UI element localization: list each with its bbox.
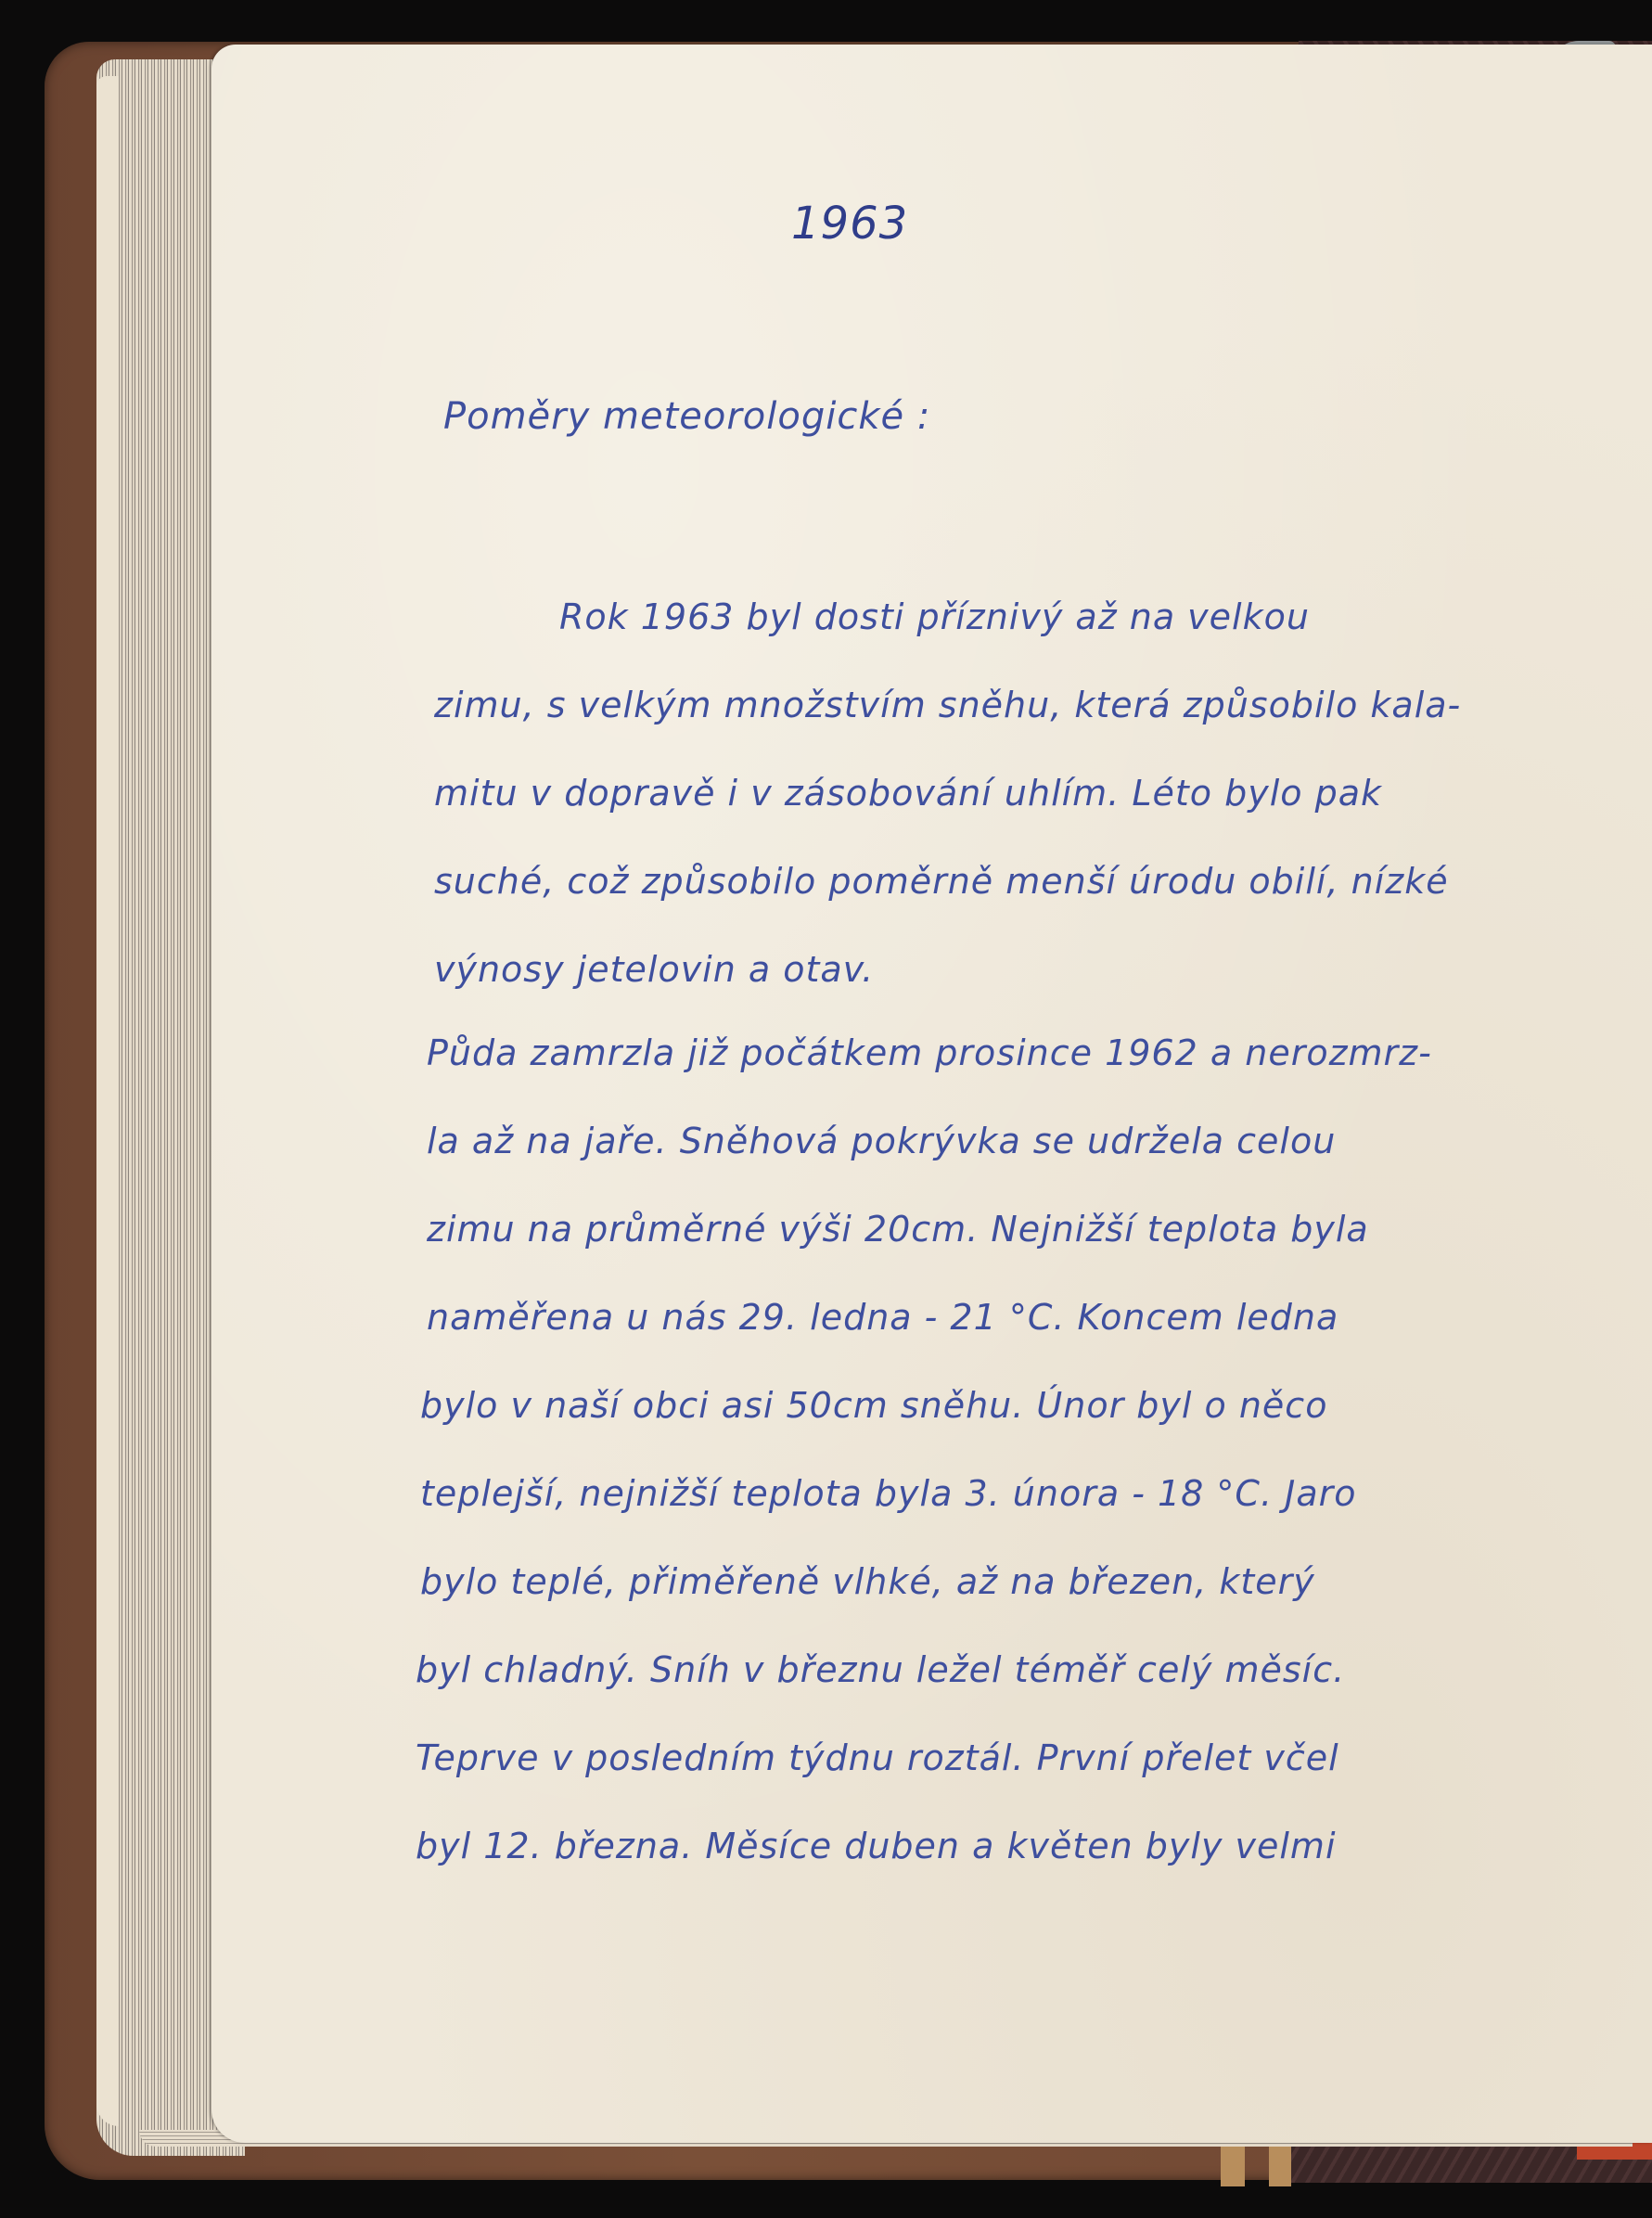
text-line: výnosy jetelovin a otav. — [434, 949, 874, 990]
text-line: la až na jaře. Sněhová pokrývka se udrže… — [427, 1121, 1336, 1161]
text-line: Rok 1963 byl dosti příznivý až na velkou — [559, 596, 1310, 637]
section-heading: Poměry meteorologické : — [443, 395, 930, 438]
text-line: bylo v naší obci asi 50cm sněhu. Únor by… — [420, 1385, 1327, 1426]
text-line: Půda zamrzla již počátkem prosince 1962 … — [427, 1032, 1432, 1073]
text-line: Teprve v posledním týdnu roztál. První p… — [416, 1737, 1339, 1778]
text-line: byl chladný. Sníh v březnu ležel téměř c… — [416, 1649, 1345, 1690]
text-line: byl 12. března. Měsíce duben a květen by… — [416, 1826, 1337, 1866]
text-line: bylo teplé, přiměřeně vlhké, až na březe… — [420, 1561, 1315, 1602]
book-strap — [1269, 2146, 1291, 2186]
book-strap — [1221, 2146, 1245, 2186]
page-year-title: 1963 — [791, 198, 908, 250]
text-line: zimu na průměrné výši 20cm. Nejnižší tep… — [427, 1209, 1369, 1250]
text-line: teplejší, nejnižší teplota byla 3. února… — [420, 1473, 1356, 1514]
handwritten-page: 1963 Poměry meteorologické : Rok 1963 by… — [211, 45, 1652, 2143]
text-line: zimu, s velkým množstvím sněhu, která zp… — [434, 685, 1461, 725]
text-line: mitu v dopravě i v zásobování uhlím. Lét… — [434, 773, 1382, 814]
page-edges-front — [96, 76, 119, 2126]
text-line: naměřena u nás 29. ledna - 21 °C. Koncem… — [427, 1297, 1338, 1338]
text-line: suché, což způsobilo poměrně menší úrodu… — [434, 861, 1449, 902]
